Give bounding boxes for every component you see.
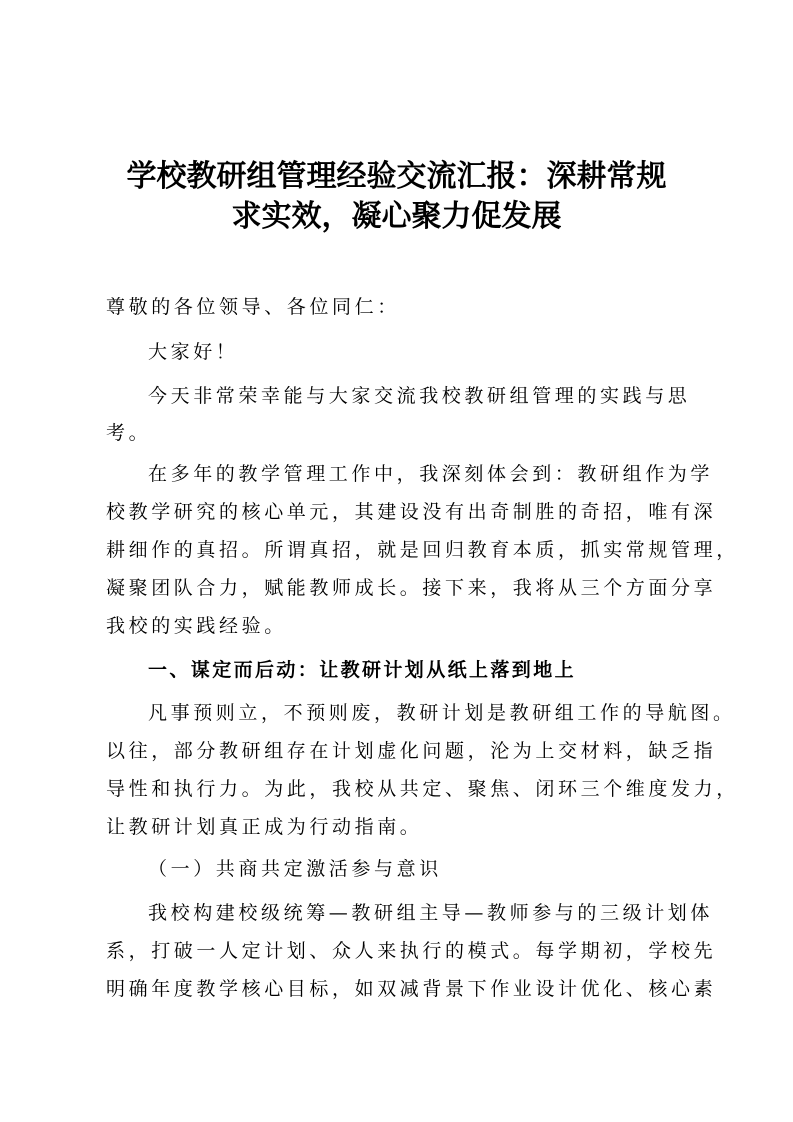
paragraph-line: 校教学研究的核心单元，其建设没有出奇制胜的奇招，唯有深 xyxy=(106,501,696,523)
paragraph-line: 让教研计划真正成为行动指南。 xyxy=(106,816,696,838)
paragraph-line: 在多年的教学管理工作中，我深刻体会到：教研组作为学 xyxy=(148,463,738,485)
document-page: 学校教研组管理经验交流汇报：深耕常规 求实效，凝心聚力促发展 尊敬的各位领导、各… xyxy=(0,0,793,1122)
paragraph-line: 明确年度教学核心目标，如双减背景下作业设计优化、核心素 xyxy=(106,978,696,1000)
paragraph-line: 今天非常荣幸能与大家交流我校教研组管理的实践与思 xyxy=(148,385,738,407)
paragraph-line: 凝聚团队合力，赋能教师成长。接下来，我将从三个方面分享 xyxy=(106,577,696,599)
paragraph-line: 我校的实践经验。 xyxy=(106,615,696,637)
paragraph-line: 尊敬的各位领导、各位同仁： xyxy=(106,296,696,318)
paragraph-line: 耕细作的真招。所谓真招，就是回归教育本质，抓实常规管理， xyxy=(106,539,696,561)
document-title-line-2: 求实效，凝心聚力促发展 xyxy=(100,196,693,238)
section-heading: 一、谋定而后动：让教研计划从纸上落到地上 xyxy=(148,659,738,681)
paragraph-line: 以往，部分教研组存在计划虚化问题，沦为上交材料，缺乏指 xyxy=(106,740,696,762)
document-title-line-1: 学校教研组管理经验交流汇报：深耕常规 xyxy=(100,156,693,198)
paragraph-line: （一）共商共定激活参与意识 xyxy=(148,858,738,880)
paragraph-line: 大家好！ xyxy=(148,341,738,363)
paragraph-line: 凡事预则立，不预则废，教研计划是教研组工作的导航图。 xyxy=(148,702,738,724)
paragraph-line: 我校构建校级统筹—教研组主导—教师参与的三级计划体 xyxy=(148,902,738,924)
paragraph-line: 导性和执行力。为此，我校从共定、聚焦、闭环三个维度发力， xyxy=(106,778,696,800)
paragraph-line: 系，打破一人定计划、众人来执行的模式。每学期初，学校先 xyxy=(106,940,696,962)
paragraph-line: 考。 xyxy=(106,422,696,444)
